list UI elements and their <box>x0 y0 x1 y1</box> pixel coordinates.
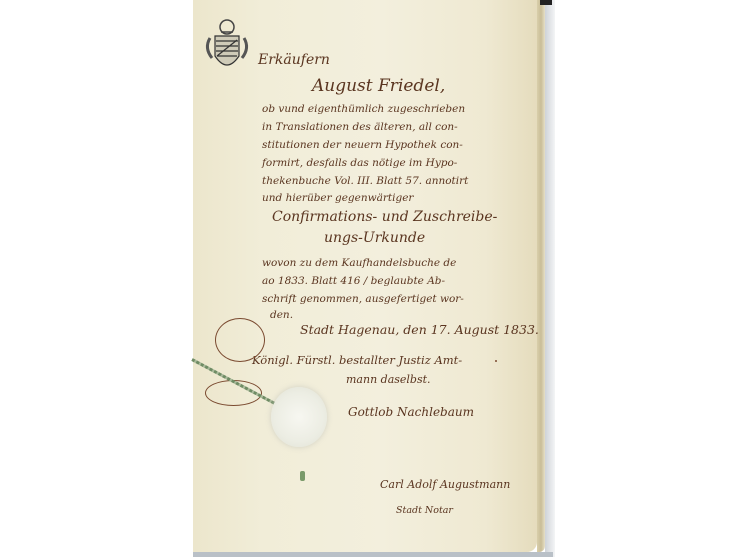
page-edge <box>537 0 545 552</box>
doc-line: wovon zu dem Kaufhandelsbuche de <box>262 257 456 269</box>
doc-line: thekenbuche Vol. III. Blatt 57. annotirt <box>262 175 468 187</box>
page-bottom-shadow <box>193 552 553 557</box>
doc-place-date: Stadt Hagenau, den 17. August 1833. <box>300 322 539 337</box>
doc-name-august-friedel: August Friedel, <box>312 76 445 96</box>
signature-2: Carl Adolf Augustmann <box>380 478 510 491</box>
flourish-decoration <box>495 360 497 362</box>
doc-line: und hierüber gegenwärtiger <box>262 192 413 204</box>
scan-artifact <box>540 0 552 5</box>
doc-line: Erkäufern <box>258 52 330 68</box>
doc-line: Königl. Fürstl. bestallter Justiz Amt- <box>252 353 462 367</box>
doc-title-line: Confirmations- und Zuschreibe- <box>272 209 497 225</box>
doc-line: formirt, desfalls das nötige im Hypo- <box>262 157 457 169</box>
green-ink-mark <box>300 471 305 481</box>
doc-line: ob vund eigenthümlich zugeschrieben <box>262 103 465 115</box>
flourish-decoration <box>215 318 265 362</box>
doc-line: schrift genommen, ausgefertiget wor- <box>262 293 464 305</box>
doc-title-line: ungs-Urkunde <box>324 230 425 246</box>
doc-line: stitutionen der neuern Hypothek con- <box>262 139 463 151</box>
doc-line: mann daselbst. <box>346 373 431 386</box>
doc-line: ao 1833. Blatt 416 / beglaubte Ab- <box>262 275 445 287</box>
page-shadow <box>545 0 555 557</box>
doc-line: in Translationen des älteren, all con- <box>262 121 458 133</box>
signature-title: Stadt Notar <box>396 505 453 516</box>
coat-of-arms-icon <box>202 18 252 78</box>
embossed-seal <box>271 387 327 447</box>
doc-line: den. <box>270 309 293 321</box>
signature-1: Gottlob Nachlebaum <box>348 405 474 419</box>
